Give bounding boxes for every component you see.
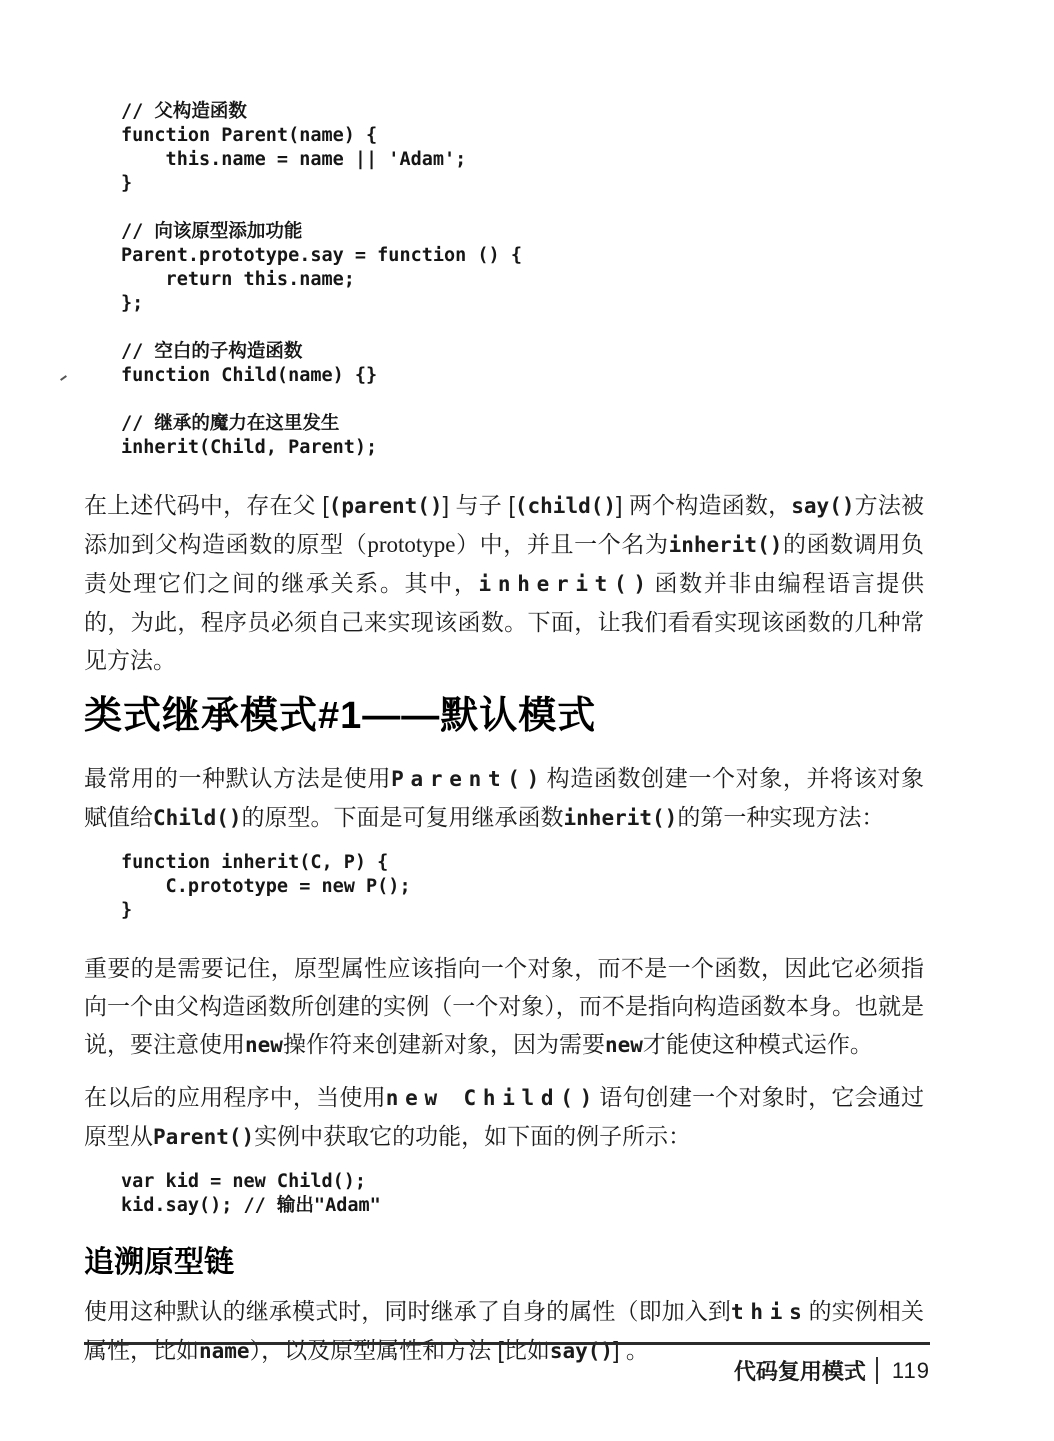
paragraph-code-explanation: 在上述代码中，存在父 [(parent()] 与子 [(child()] 两个构… [84, 486, 924, 679]
inline-code: new Child() [386, 1086, 599, 1110]
text-run: 使用这种默认的继承模式时，同时继承了自身的属性（即加入到 [84, 1298, 731, 1324]
code-block-parent-child-setup: // 父构造函数 function Parent(name) { this.na… [121, 100, 924, 460]
inline-code: (parent() [329, 494, 443, 518]
heading-follow-prototype-chain: 追溯原型链 [84, 1244, 924, 1282]
text-run: prototype [367, 532, 455, 557]
inline-code: inherit() [669, 533, 783, 557]
paragraph-default-method-intro: 最常用的一种默认方法是使用Parent()构造函数创建一个对象，并将该对象赋值给… [84, 759, 924, 837]
page-footer: 代码复用模式 119 [84, 1342, 930, 1386]
page-content: // 父构造函数 function Parent(name) { this.na… [84, 0, 924, 1384]
inline-code: inherit() [564, 806, 678, 830]
footer-divider [876, 1357, 878, 1384]
heading-classical-pattern-1: 类式继承模式#1——默认模式 [84, 693, 924, 739]
text-run: ] 与子 [ [443, 492, 515, 518]
inline-code: new [605, 1033, 643, 1057]
text-run: 操作符来创建新对象，因为需要 [283, 1031, 605, 1057]
inline-code: (child() [515, 494, 616, 518]
footer-text: 代码复用模式 119 [84, 1355, 930, 1386]
footer-section-title: 代码复用模式 [734, 1355, 866, 1386]
text-run: 在上述代码中，存在父 [ [84, 492, 329, 518]
text-run: 实例中获取它的功能，如下面的例子所示： [254, 1123, 691, 1149]
footer-rule [84, 1342, 930, 1345]
code-block-kid-example: var kid = new Child(); kid.say(); // 输出"… [121, 1170, 924, 1218]
inline-code: this [731, 1300, 808, 1324]
paragraph-prototype-object-note: 重要的是需要记住，原型属性应该指向一个对象，而不是一个函数，因此它必须指向一个由… [84, 949, 924, 1064]
scan-artifact-tick [60, 375, 67, 381]
inline-code: new [245, 1033, 283, 1057]
text-run: 才能使这种模式运作。 [643, 1031, 873, 1057]
text-run: 在以后的应用程序中，当使用 [84, 1084, 386, 1110]
inline-code: inherit() [479, 572, 653, 596]
inline-code: Parent() [153, 1125, 254, 1149]
text-run: 最常用的一种默认方法是使用 [84, 765, 391, 791]
text-run: ] 两个构造函数， [616, 492, 791, 518]
inline-code: Parent() [391, 767, 546, 791]
code-block-inherit-implementation: function inherit(C, P) { C.prototype = n… [121, 851, 924, 923]
footer-page-number: 119 [892, 1358, 930, 1384]
book-page: // 父构造函数 function Parent(name) { this.na… [0, 0, 1054, 1441]
text-run: ）中，并且一个名为 [455, 531, 668, 557]
inline-code: say() [791, 494, 854, 518]
text-run: 的第一种实现方法： [677, 804, 884, 830]
paragraph-new-child-usage: 在以后的应用程序中，当使用new Child()语句创建一个对象时，它会通过原型… [84, 1078, 924, 1156]
inline-code: Child() [153, 806, 242, 830]
text-run: 的原型。下面是可复用继承函数 [242, 804, 564, 830]
